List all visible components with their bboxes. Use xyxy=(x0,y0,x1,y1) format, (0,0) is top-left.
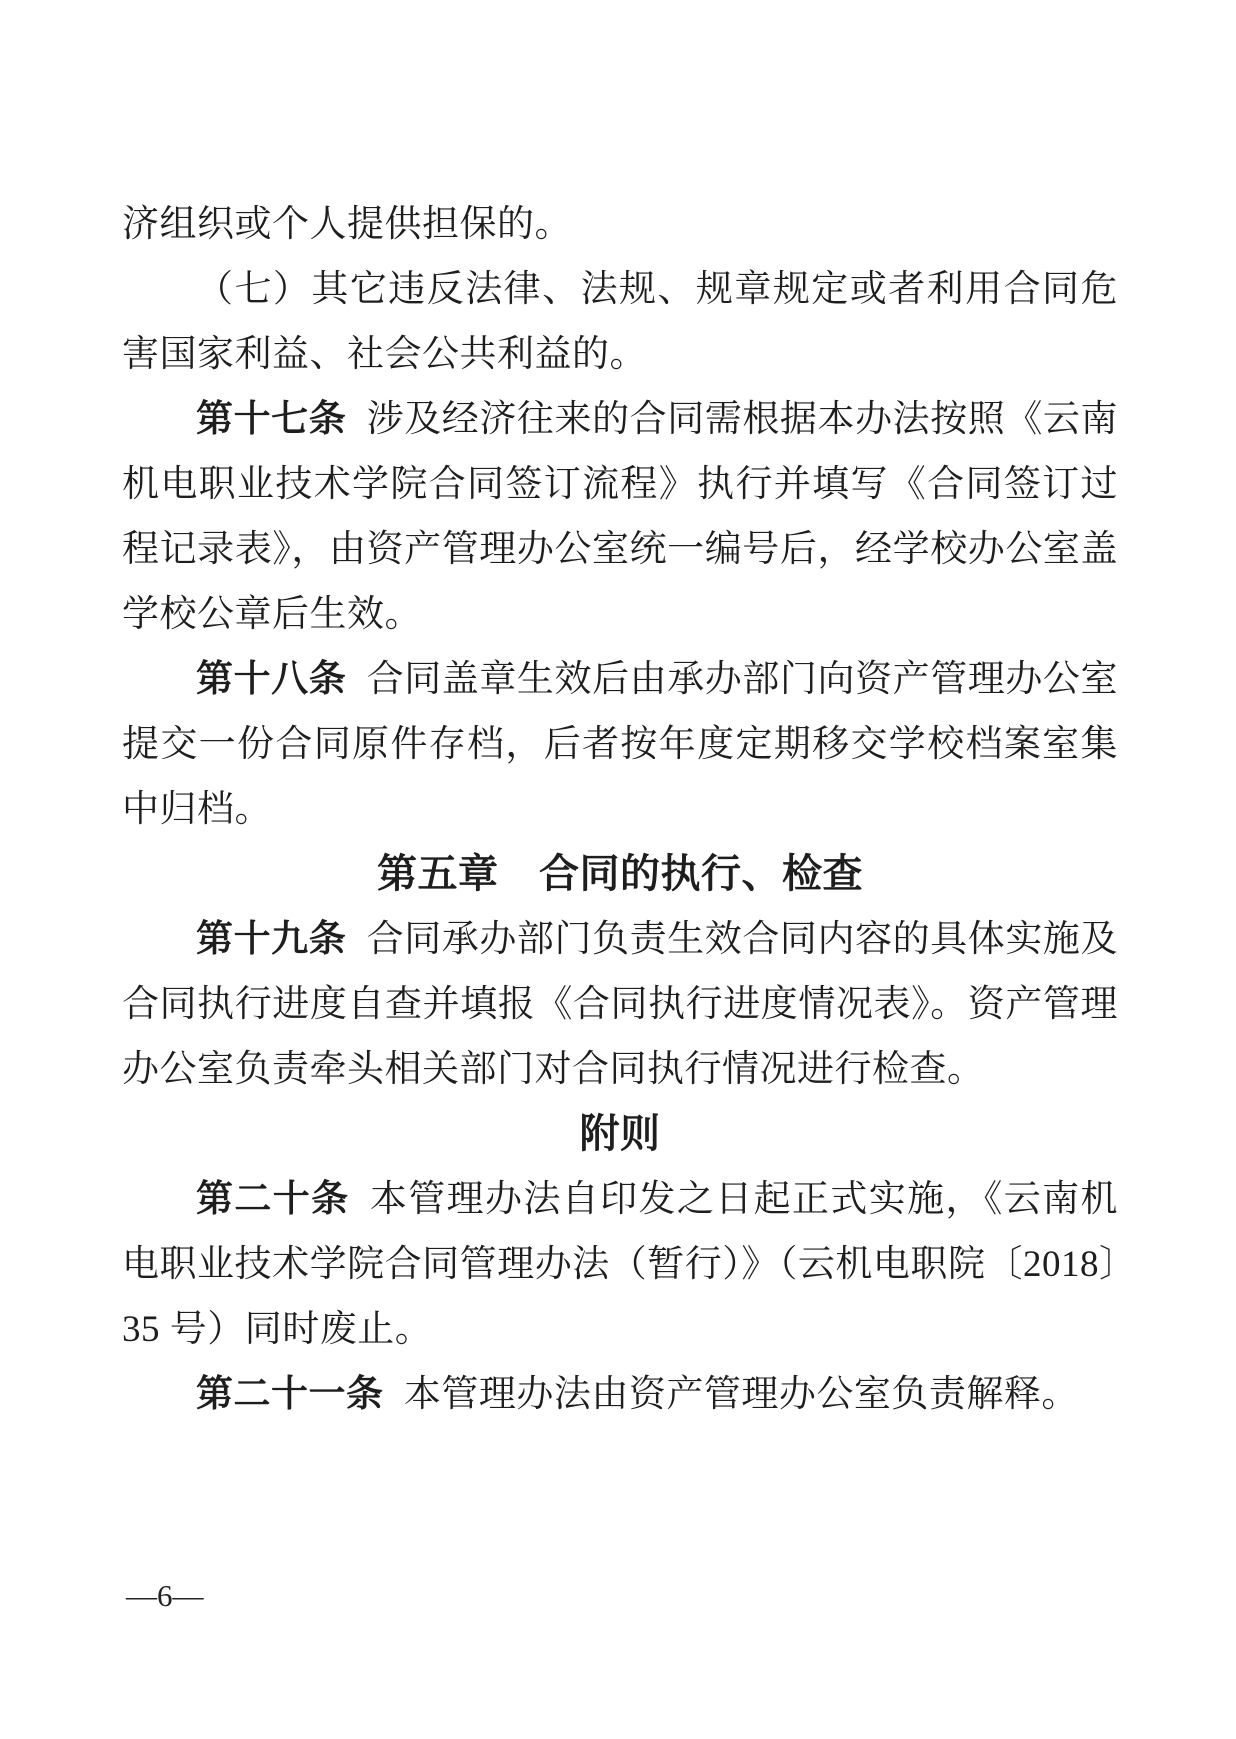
paragraph-article-18: 第十八条合同盖章生效后由承办部门向资产管理办公室提交一份合同原件存档，后者按年度… xyxy=(122,647,1118,842)
paragraph-text: 本管理办法由资产管理办公室负责解释。 xyxy=(404,1374,1079,1415)
paragraph-article-17: 第十七条涉及经济往来的合同需根据本办法按照《云南机电职业技术学院合同签订流程》执… xyxy=(122,387,1118,647)
paragraph-item-seven: （七）其它违反法律、法规、规章规定或者利用合同危害国家利益、社会公共利益的。 xyxy=(122,257,1118,387)
paragraph-text: （七）其它违反法律、法规、规章规定或者利用合同危害国家利益、社会公共利益的。 xyxy=(122,269,1118,375)
article-number: 第十八条 xyxy=(196,659,346,700)
paragraph-article-21: 第二十一条本管理办法由资产管理办公室负责解释。 xyxy=(122,1362,1118,1427)
paragraph-text: 济组织或个人提供担保的。 xyxy=(122,204,572,245)
article-number: 第十七条 xyxy=(196,399,346,440)
paragraph-article-19: 第十九条合同承办部门负责生效合同内容的具体实施及合同执行进度自查并填报《合同执行… xyxy=(122,907,1118,1102)
article-number: 第二十一条 xyxy=(196,1374,384,1415)
document-page: 济组织或个人提供担保的。 （七）其它违反法律、法规、规章规定或者利用合同危害国家… xyxy=(0,0,1236,1739)
article-number: 第二十条 xyxy=(196,1179,350,1220)
paragraph-continuation: 济组织或个人提供担保的。 xyxy=(122,192,1118,257)
document-content: 济组织或个人提供担保的。 （七）其它违反法律、法规、规章规定或者利用合同危害国家… xyxy=(122,192,1118,1427)
page-number: —6— xyxy=(126,1578,204,1614)
chapter-heading-5: 第五章 合同的执行、检查 xyxy=(122,842,1118,907)
paragraph-article-20: 第二十条本管理办法自印发之日起正式实施，《云南机电职业技术学院合同管理办法（暂行… xyxy=(122,1167,1118,1362)
chapter-heading-appendix: 附则 xyxy=(122,1102,1118,1167)
article-number: 第十九条 xyxy=(196,919,346,960)
